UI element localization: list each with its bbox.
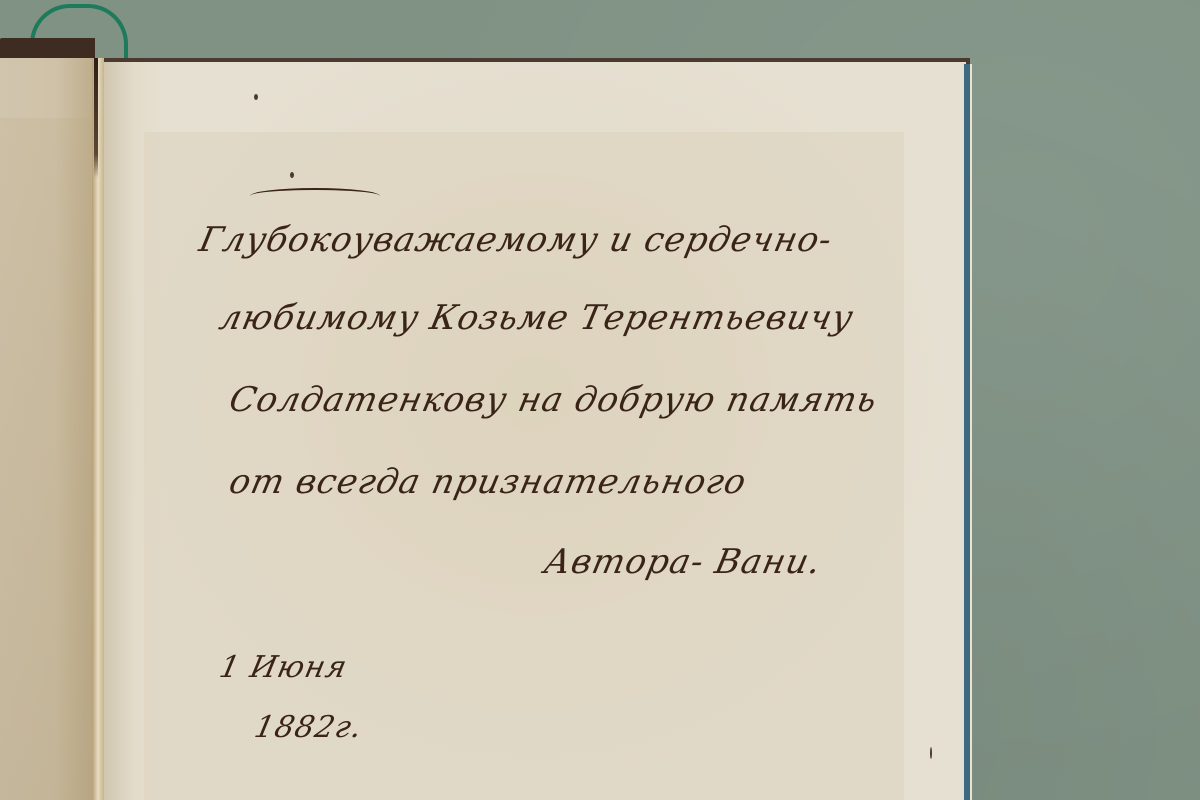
inscription-line-3: Солдатенкову на добрую память	[226, 380, 881, 420]
ink-flourish	[250, 188, 380, 204]
book-photo: Глубокоуважаемому и сердечно- любимому К…	[0, 0, 1200, 800]
foxing-spot	[254, 94, 258, 100]
inscription-date-day: 1 Июня	[216, 650, 350, 685]
inscription-line-2: любимому Козьме Терентьевичу	[216, 298, 858, 338]
foxing-spot	[930, 747, 932, 759]
foxing-spot	[290, 172, 294, 178]
inscription-signature: Автора- Вани.	[541, 542, 825, 582]
book-cover-edge	[0, 38, 95, 60]
endpaper-page	[104, 62, 966, 800]
page-edge	[964, 64, 972, 800]
inscription-date-year: 1882г.	[251, 710, 365, 745]
paper-stain	[0, 118, 92, 800]
inscription-line-1: Глубокоуважаемому и сердечно-	[196, 220, 836, 260]
inscription-line-4: от всегда признательного	[226, 462, 751, 502]
left-page	[0, 58, 92, 800]
spine-tear	[94, 58, 98, 178]
